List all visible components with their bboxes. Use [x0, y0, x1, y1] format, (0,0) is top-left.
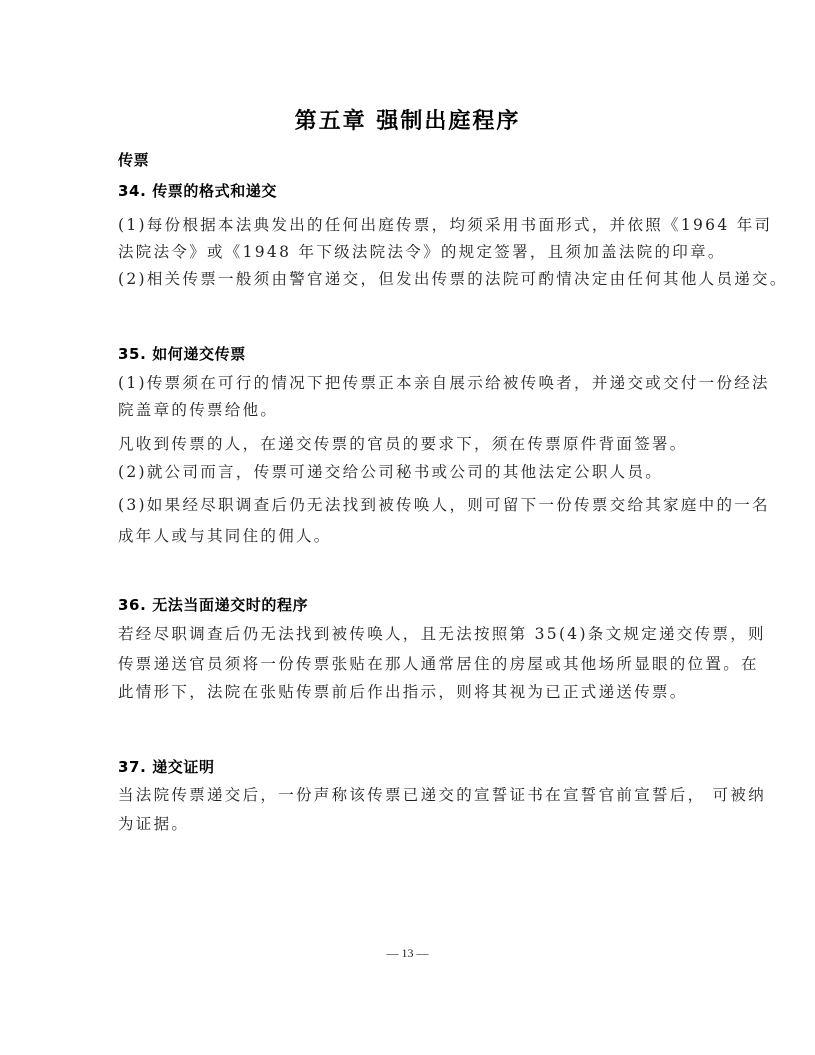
page-number: — 13 —	[0, 946, 815, 961]
article-heading: 37. 递交证明	[118, 757, 215, 777]
article-paragraph-line: 此情形下，法院在张贴传票前后作出指示，则将其视为已正式递送传票。	[118, 682, 688, 702]
article-paragraph-line: 传票递送官员须将一份传票张贴在那人通常居住的房屋或其他场所显眼的位置。在	[118, 654, 759, 674]
article-paragraph-line: (1)传票须在可行的情况下把传票正本亲自展示给被传唤者，并递交或交付一份经法	[118, 373, 770, 393]
article-heading: 34. 传票的格式和递交	[118, 181, 277, 201]
article-paragraph-line: 法院法令》或《1948 年下级法院法令》的规定签署，且须加盖法院的印章。	[118, 242, 726, 262]
article-paragraph-line: 成年人或与其同住的佣人。	[118, 526, 332, 546]
article-heading: 35. 如何递交传票	[118, 344, 246, 364]
article-heading: 36. 无法当面递交时的程序	[118, 595, 308, 615]
article-paragraph-line: (2)就公司而言，传票可递交给公司秘书或公司的其他法定公职人员。	[118, 462, 663, 482]
article-paragraph-line: 当法院传票递交后，一份声称该传票已递交的宣誓证书在宣誓官前宣誓后， 可被纳	[118, 785, 766, 805]
article-paragraph-line: 院盖章的传票给他。	[118, 400, 278, 420]
article-paragraph-line: (1)每份根据本法典发出的任何出庭传票，均须采用书面形式，并依照《1964 年司	[118, 215, 772, 235]
article-paragraph-line: (3)如果经尽职调查后仍无法找到被传唤人，则可留下一份传票交给其家庭中的一名	[118, 495, 770, 515]
article-paragraph-line: 为证据。	[118, 814, 189, 834]
article-paragraph-line: (2)相关传票一般须由警官递交，但发出传票的法院可酌情决定由任何其他人员递交。	[118, 269, 788, 289]
chapter-title: 第五章 强制出庭程序	[0, 104, 815, 135]
article-paragraph-line: 若经尽职调查后仍无法找到被传唤人，且无法按照第 35(4)条文规定递交传票，则	[118, 624, 766, 644]
article-paragraph-line: 凡收到传票的人，在递交传票的官员的要求下，须在传票原件背面签署。	[118, 434, 688, 454]
document-page: 第五章 强制出庭程序 传票 34. 传票的格式和递交 (1)每份根据本法典发出的…	[0, 0, 815, 1055]
section-label: 传票	[118, 150, 149, 170]
